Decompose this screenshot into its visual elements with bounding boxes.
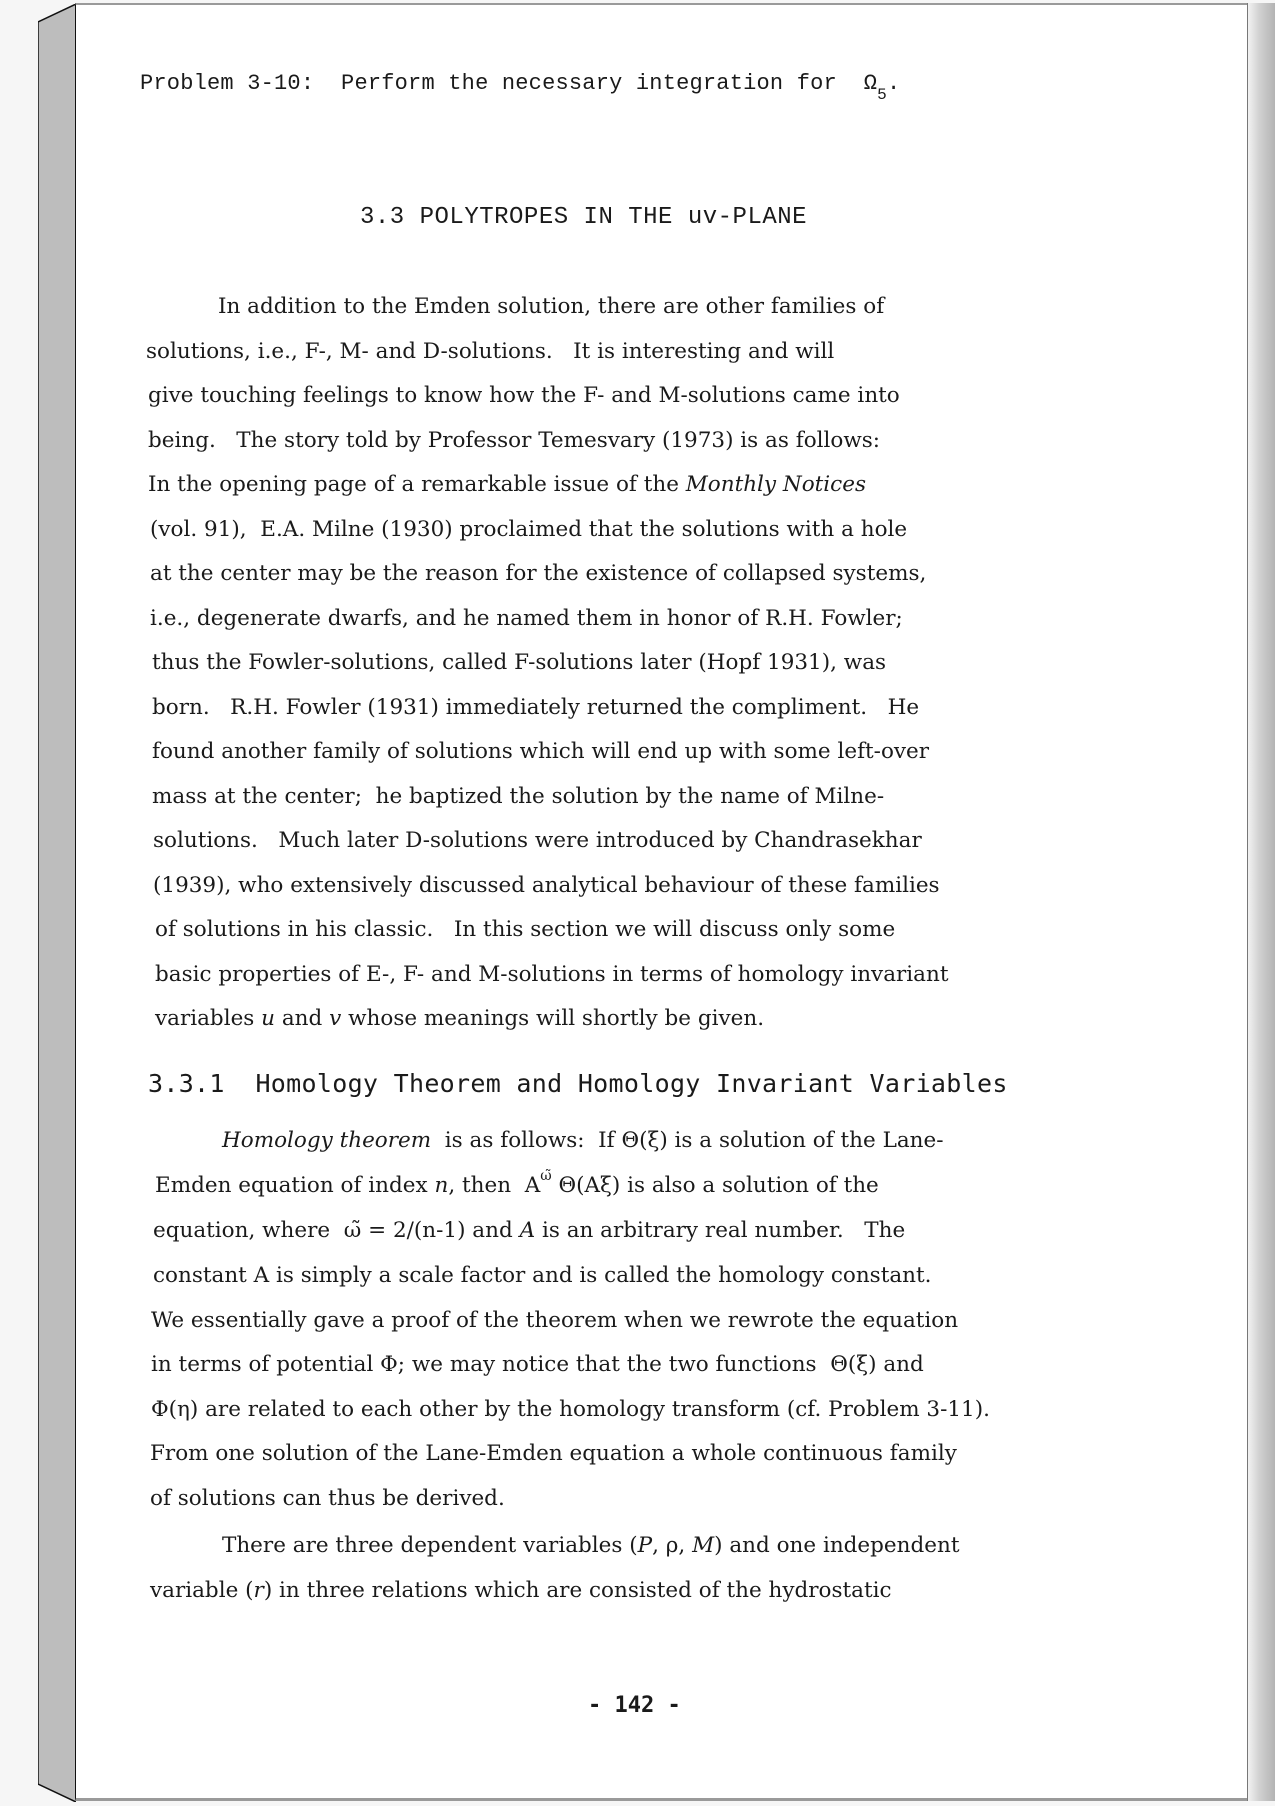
text-line: (vol. 91), E.A. Milne (1930) proclaimed … (150, 519, 907, 541)
text-line: thus the Fowler-solutions, called F-solu… (152, 652, 886, 674)
text-line: found another family of solutions which … (152, 741, 929, 763)
text-span: In addition to the Emden solution, there… (218, 294, 884, 319)
omega-subscript: 5 (877, 86, 887, 104)
section-title: 3.3 POLYTROPES IN THE uv-PLANE (360, 206, 807, 230)
journal-title: Monthly Notices (686, 472, 866, 497)
text-span: ) and one independent (714, 1533, 959, 1558)
omega-symbol: Ω (864, 71, 877, 96)
text-line: of solutions can thus be derived. (150, 1488, 505, 1510)
text-span: born. R.H. Fowler (1931) immediately ret… (152, 695, 919, 720)
page-right-edge (1247, 3, 1275, 1801)
theorem-term: Homology theorem (222, 1128, 431, 1153)
text-line: From one solution of the Lane-Emden equa… (150, 1443, 957, 1465)
problem-statement: Problem 3-10: Perform the necessary inte… (140, 73, 900, 95)
text-span: of solutions in his classic. In this sec… (155, 917, 895, 942)
text-line: basic properties of E-, F- and M-solutio… (155, 964, 948, 986)
text-span: i.e., degenerate dwarfs, and he named th… (150, 606, 903, 631)
text-line: (1939), who extensively discussed analyt… (153, 875, 940, 897)
text-span: whose meanings will shortly be given. (341, 1006, 764, 1031)
text-line: variable (r) in three relations which ar… (150, 1580, 892, 1602)
text-span: at the center may be the reason for the … (150, 561, 926, 586)
text-span: solutions. Much later D-solutions were i… (153, 828, 922, 853)
text-line: In addition to the Emden solution, there… (218, 296, 884, 318)
text-span: (vol. 91), E.A. Milne (1930) proclaimed … (150, 517, 907, 542)
text-line: equation, where ω̃ = 2/(n-1) and A is an… (153, 1220, 905, 1242)
text-line: born. R.H. Fowler (1931) immediately ret… (152, 697, 919, 719)
text-line: in terms of potential Φ; we may notice t… (151, 1354, 924, 1376)
text-span: basic properties of E-, F- and M-solutio… (155, 962, 948, 987)
text-line: mass at the center; he baptized the solu… (152, 786, 884, 808)
text-line: i.e., degenerate dwarfs, and he named th… (150, 608, 903, 630)
text-line: being. The story told by Professor Temes… (148, 430, 880, 452)
text-span: thus the Fowler-solutions, called F-solu… (152, 650, 886, 675)
text-line: solutions. Much later D-solutions were i… (153, 830, 922, 852)
omega-tilde-superscript: ω̃ (540, 1168, 551, 1184)
text-span: is an arbitrary real number. The (535, 1218, 905, 1243)
text-line: at the center may be the reason for the … (150, 563, 926, 585)
text-span: and (275, 1006, 329, 1031)
var-P: P (638, 1533, 652, 1558)
text-span: solutions, i.e., F-, M- and D-solutions.… (146, 339, 834, 364)
var-M: M (692, 1533, 714, 1558)
text-line: of solutions in his classic. In this sec… (155, 919, 895, 941)
text-line: variables u and v whose meanings will sh… (155, 1008, 764, 1030)
text-span: In the opening page of a remarkable issu… (148, 472, 686, 497)
text-span: equation, where ω̃ = 2/(n-1) and (153, 1218, 520, 1243)
text-span: Θ(Aξ) is also a solution of the (552, 1173, 879, 1198)
text-span: Emden equation of index (155, 1173, 434, 1198)
document-page (75, 3, 1247, 1801)
text-span: variable ( (150, 1578, 254, 1603)
text-span: being. The story told by Professor Temes… (148, 428, 880, 453)
var-n: n (434, 1173, 448, 1198)
subsection-title: 3.3.1 Homology Theorem and Homology Inva… (148, 1071, 1008, 1096)
problem-text: Perform the necessary integration for (341, 71, 837, 96)
page-spine (38, 4, 76, 1802)
text-span: found another family of solutions which … (152, 739, 929, 764)
var-A: A (520, 1218, 536, 1243)
var-v: v (329, 1006, 341, 1031)
text-span: give touching feelings to know how the F… (148, 383, 900, 408)
text-span: , then A (448, 1173, 540, 1198)
var-u: u (261, 1006, 275, 1031)
text-span: , ρ, (652, 1533, 692, 1558)
text-line: In the opening page of a remarkable issu… (148, 474, 866, 496)
text-line: Φ(η) are related to each other by the ho… (151, 1399, 990, 1421)
var-r: r (254, 1578, 264, 1603)
text-span: There are three dependent variables ( (222, 1533, 638, 1558)
text-line: give touching feelings to know how the F… (148, 385, 900, 407)
text-span: (1939), who extensively discussed analyt… (153, 873, 940, 898)
text-span: is as follows: If Θ(ξ) is a solution of … (431, 1128, 943, 1153)
text-span: mass at the center; he baptized the solu… (152, 784, 884, 809)
problem-label: Problem 3-10: (140, 71, 314, 96)
problem-period: . (887, 71, 900, 96)
page-number: - 142 - (588, 1693, 681, 1718)
text-line: solutions, i.e., F-, M- and D-solutions.… (146, 341, 834, 363)
text-line: constant A is simply a scale factor and … (153, 1265, 931, 1287)
text-span: ) in three relations which are consisted… (264, 1578, 892, 1603)
text-span: variables (155, 1006, 261, 1031)
text-line: Emden equation of index n, then Aω̃ Θ(Aξ… (155, 1175, 879, 1197)
text-line: Homology theorem is as follows: If Θ(ξ) … (222, 1130, 944, 1152)
text-line: We essentially gave a proof of the theor… (151, 1310, 958, 1332)
text-line: There are three dependent variables (P, … (222, 1535, 959, 1557)
